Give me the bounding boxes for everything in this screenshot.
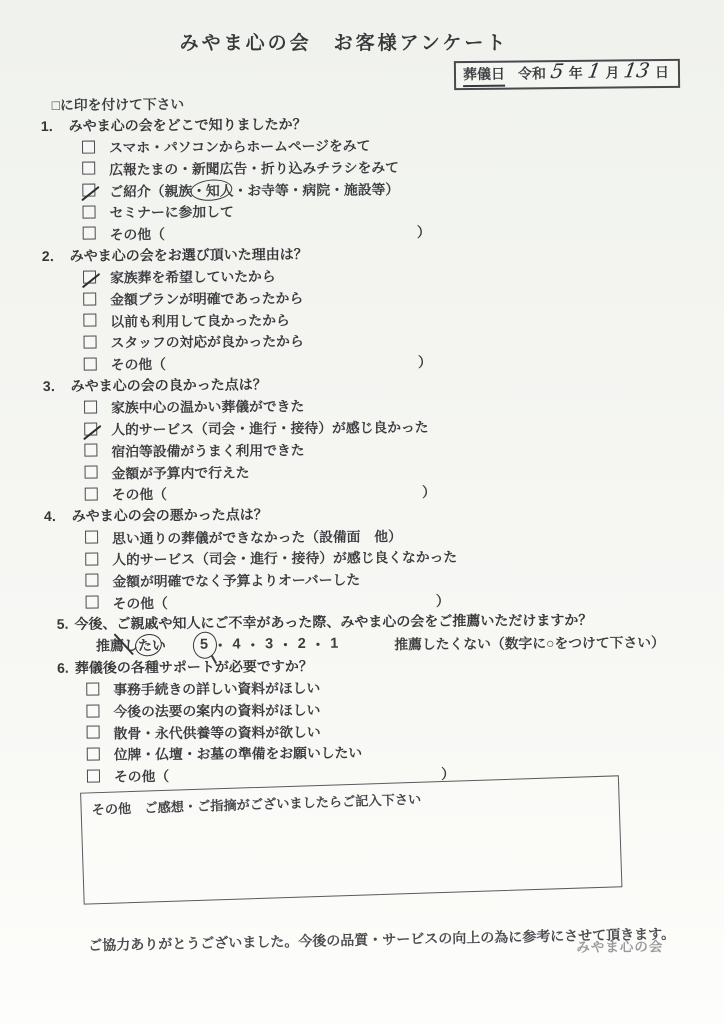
checkbox-icon[interactable] xyxy=(84,335,97,348)
scale-value-4[interactable]: 4 xyxy=(232,636,240,652)
handwritten-check-mark xyxy=(83,425,101,440)
question-number: 1． xyxy=(41,115,63,135)
checkbox-icon[interactable] xyxy=(85,487,98,500)
question-number: 4． xyxy=(44,506,66,526)
scale-right-label: 推薦したくない（数字に○をつけて下さい） xyxy=(394,631,665,653)
option-label: 宿泊等設備がうまく利用できた xyxy=(111,439,304,461)
option-label: 位牌・仏壇・お墓の準備をお願いしたい xyxy=(114,742,362,764)
checkbox-icon[interactable] xyxy=(84,444,97,457)
scale-separator: ・ xyxy=(311,633,326,654)
checkbox-icon[interactable] xyxy=(84,401,97,414)
question-number: 6. xyxy=(57,659,69,675)
checkbox-icon[interactable] xyxy=(82,184,95,197)
option-label: 人的サービス（司会・進行・接待）が感じ良かった xyxy=(111,416,428,438)
checkbox-icon[interactable] xyxy=(87,769,100,782)
option-label: その他（ xyxy=(111,353,166,373)
checkbox-icon[interactable] xyxy=(85,466,98,479)
handwritten-check-mark xyxy=(82,273,100,288)
scale-value-1[interactable]: 1 xyxy=(330,636,338,652)
checkbox-icon[interactable] xyxy=(82,162,95,175)
close-paren: ） xyxy=(422,481,436,501)
checkbox-icon[interactable] xyxy=(83,227,96,240)
comment-input-box[interactable]: その他 ご感想・ご指摘がございましたらご記入下さい xyxy=(80,775,622,904)
scale-value-3[interactable]: 3 xyxy=(265,636,273,652)
checkbox-icon[interactable] xyxy=(83,314,96,327)
checkbox-icon[interactable] xyxy=(85,531,98,544)
question-text: みやま心の会の良かった点は？ xyxy=(71,374,267,396)
checkbox-icon[interactable] xyxy=(87,726,100,739)
close-paren: ） xyxy=(436,589,450,609)
option-label: 以前も利用して良かったから xyxy=(110,309,290,330)
scale-separator: ・ xyxy=(246,634,261,655)
option-label: その他（ xyxy=(113,592,168,612)
option-label: 金額が明確でなく予算よりオーバーした xyxy=(112,568,360,590)
scale-value-5[interactable]: 5 xyxy=(200,637,208,653)
page-title: みやま心の会 お客様アンケート xyxy=(0,28,706,52)
scale-value-2[interactable]: 2 xyxy=(298,636,306,652)
year-value-handwritten[interactable]: 5 xyxy=(550,64,565,78)
checkbox-icon[interactable] xyxy=(87,748,100,761)
era-label: 令和 xyxy=(518,63,546,83)
other-write-in-space[interactable] xyxy=(168,599,436,602)
question-text: 葬儀後の各種サポートが必要ですか？ xyxy=(75,656,313,678)
day-unit: 日 xyxy=(655,62,669,82)
option-label: 思い通りの葬儀ができなかった（設備面 他） xyxy=(112,525,402,547)
survey-page: みやま心の会 お客様アンケート 葬儀日 令和 5 年 1 月 13 日 □に印を… xyxy=(0,0,724,1024)
option-label: 人的サービス（司会・進行・接待）が感じ良くなかった xyxy=(112,546,457,569)
question-number: 5. xyxy=(57,616,69,632)
close-paren: ） xyxy=(418,351,432,371)
checkbox-icon[interactable] xyxy=(82,140,95,153)
funeral-date-label: 葬儀日 xyxy=(463,64,505,87)
option-label: 今後の法要の案内の資料がほしい xyxy=(113,699,320,721)
year-unit: 年 xyxy=(569,63,583,83)
option-label: 金額が予算内で行えた xyxy=(111,461,249,482)
question-number: 2． xyxy=(42,245,64,265)
other-write-in-space[interactable] xyxy=(169,773,441,776)
checkbox-icon[interactable] xyxy=(83,270,96,283)
option-label: 事務手続きの詳しい資料がほしい xyxy=(113,677,320,699)
option-label: その他（ xyxy=(112,483,167,503)
checkbox-icon[interactable] xyxy=(82,205,95,218)
option-label: その他（ xyxy=(114,765,169,785)
form-body: □に印を付けて下さい 1． みやま心の会をどこで知りましたか？ スマホ・パソコン… xyxy=(0,88,724,961)
checkbox-icon[interactable] xyxy=(84,422,97,435)
month-value-handwritten[interactable]: 1 xyxy=(587,64,602,78)
checkbox-icon[interactable] xyxy=(86,596,99,609)
other-write-in-space[interactable] xyxy=(166,361,418,364)
scale-numbers: 5 ・ 4 ・ 3 ・ 2 ・ 1 xyxy=(200,633,339,655)
checkbox-icon[interactable] xyxy=(84,357,97,370)
checkbox-icon[interactable] xyxy=(85,574,98,587)
handwritten-check-mark xyxy=(81,186,99,201)
option-label: 広報たまの・新聞広告・折り込みチラシをみて xyxy=(109,156,399,178)
day-value-handwritten[interactable]: 13 xyxy=(623,63,651,77)
option-label: セミナーに参加して xyxy=(109,201,233,222)
scale-separator: ・ xyxy=(278,634,293,655)
option-label: 家族葬を希望していたから xyxy=(110,265,276,286)
month-unit: 月 xyxy=(605,62,619,82)
question-number: 3． xyxy=(43,376,65,396)
checkbox-icon[interactable] xyxy=(86,682,99,695)
funeral-date-box: 葬儀日 令和 5 年 1 月 13 日 xyxy=(454,59,680,90)
close-paren: ） xyxy=(417,221,431,241)
option-label: スマホ・パソコンからホームページをみて xyxy=(109,135,370,157)
other-write-in-space[interactable] xyxy=(167,491,422,494)
fill-instruction: □に印を付けて下さい xyxy=(52,93,185,114)
scale-left-label: 推薦したい xyxy=(96,635,166,656)
option-label: 金額プランが明確であったから xyxy=(110,287,303,309)
checkbox-icon[interactable] xyxy=(85,552,98,565)
option-label: ご紹介（親族・知人・お寺等・病院・施設等） xyxy=(109,178,399,200)
option-label: スタッフの対応が良かったから xyxy=(110,330,303,352)
question-text: 今後、ご親戚や知人にご不幸があった際、みやま心の会をご推薦いただけますか？ xyxy=(74,610,592,634)
option-label: 家族中心の温かい葬儀ができた xyxy=(111,395,304,417)
option-label: その他（ xyxy=(110,223,165,243)
question-text: みやま心の会をお選び頂いた理由は？ xyxy=(70,244,308,266)
checkbox-icon[interactable] xyxy=(83,292,96,305)
question-text: みやま心の会の悪かった点は？ xyxy=(72,504,268,526)
question-text: みやま心の会をどこで知りましたか？ xyxy=(69,113,307,135)
checkbox-icon[interactable] xyxy=(86,704,99,717)
handwritten-circle-annotation xyxy=(133,632,164,659)
option-label: 散骨・永代供養等の資料が欲しい xyxy=(114,721,321,743)
other-write-in-space[interactable] xyxy=(165,230,417,233)
